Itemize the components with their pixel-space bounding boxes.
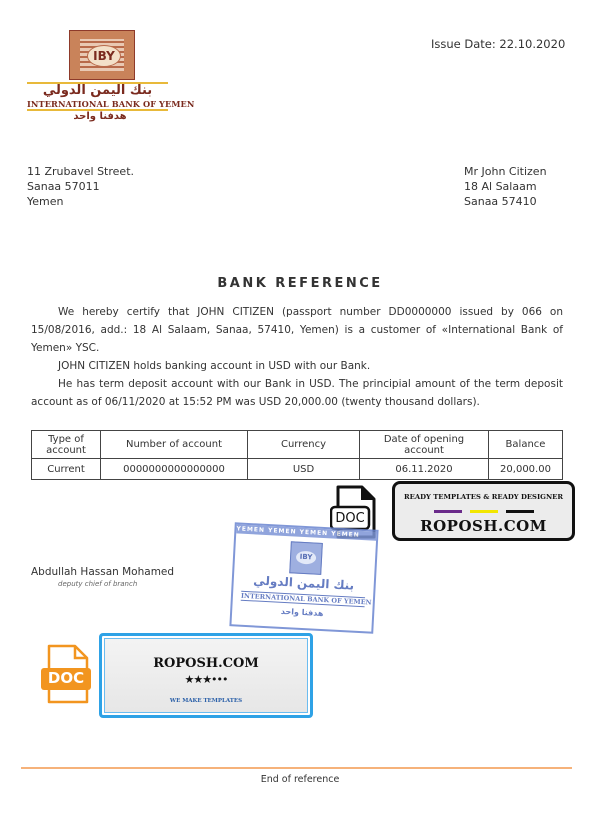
- table-header-row: Type of account Number of account Curren…: [32, 431, 563, 459]
- color-bars: [395, 510, 572, 513]
- watermark-tagline: WE MAKE TEMPLATES: [102, 698, 310, 704]
- footer-divider: [21, 767, 572, 769]
- stamp-arabic-name: بنك اليمن الدولي: [243, 573, 364, 593]
- table-header-cell: Type of account: [32, 431, 101, 459]
- watermark-site: ROPOSH.COM: [102, 656, 310, 671]
- logo-monogram: IBY: [87, 45, 121, 67]
- doc-label: DOC: [41, 669, 91, 687]
- sender-line: Yemen: [27, 194, 134, 209]
- sender-address: 11 Zrubavel Street. Sanaa 57011 Yemen: [27, 164, 134, 209]
- table-cell: 0000000000000000: [101, 459, 248, 480]
- table-header-cell: Number of account: [101, 431, 248, 459]
- star-icons: ★★★•••: [102, 673, 310, 686]
- sender-line: 11 Zrubavel Street.: [27, 164, 134, 179]
- footer-text: End of reference: [0, 774, 600, 785]
- watermark-roposh: ROPOSH.COM ★★★••• WE MAKE TEMPLATES: [99, 633, 313, 718]
- logo-motto: هدفنا واحد: [60, 111, 140, 122]
- table-cell: 06.11.2020: [360, 459, 489, 480]
- watermark-site: ROPOSH.COM: [395, 517, 572, 535]
- body-text: We hereby certify that JOHN CITIZEN (pas…: [31, 303, 563, 411]
- signatory-role: deputy chief of branch: [58, 580, 137, 588]
- logo-english-name: INTERNATIONAL BANK OF YEMEN: [27, 99, 168, 111]
- table-cell: 20,000.00: [489, 459, 563, 480]
- table-header-cell: Date of opening account: [360, 431, 489, 459]
- body-paragraph: JOHN CITIZEN holds banking account in US…: [31, 357, 563, 375]
- table-header-cell: Balance: [489, 431, 563, 459]
- signatory-name: Abdullah Hassan Mohamed: [31, 566, 174, 578]
- watermark-ready-templates: READY TEMPLATES & READY DESIGNER ROPOSH.…: [392, 481, 575, 541]
- table-cell: Current: [32, 459, 101, 480]
- table-row: Current 0000000000000000 USD 06.11.2020 …: [32, 459, 563, 480]
- doc-file-icon-orange: DOC: [41, 644, 93, 706]
- bank-logo-emblem: IBY: [69, 30, 135, 80]
- stamp-emblem: IBY: [289, 541, 323, 575]
- recipient-line: Mr John Citizen: [464, 164, 547, 179]
- table-header-cell: Currency: [248, 431, 360, 459]
- doc-label: DOC: [331, 511, 369, 526]
- document-title: BANK REFERENCE: [0, 276, 600, 291]
- table-cell: USD: [248, 459, 360, 480]
- body-paragraph: He has term deposit account with our Ban…: [31, 375, 563, 411]
- recipient-line: Sanaa 57410: [464, 194, 547, 209]
- stamp-motto: هدفنا واحد: [232, 604, 372, 620]
- account-table: Type of account Number of account Curren…: [31, 430, 563, 480]
- sender-line: Sanaa 57011: [27, 179, 134, 194]
- issue-date: Issue Date: 22.10.2020: [431, 37, 565, 51]
- watermark-tagline: READY TEMPLATES & READY DESIGNER: [395, 493, 572, 501]
- recipient-address: Mr John Citizen 18 Al Salaam Sanaa 57410: [464, 164, 547, 209]
- body-paragraph: We hereby certify that JOHN CITIZEN (pas…: [31, 303, 563, 357]
- bank-stamp: YEMEN YEMEN YEMEN YEMEN IBY بنك اليمن ال…: [229, 522, 378, 633]
- logo-arabic-name: بنك اليمن الدولي: [27, 82, 168, 98]
- recipient-line: 18 Al Salaam: [464, 179, 547, 194]
